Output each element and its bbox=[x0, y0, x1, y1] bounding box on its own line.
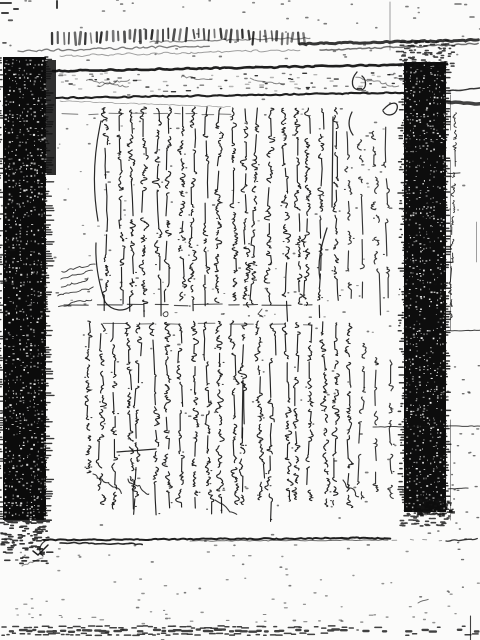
manuscript-scan bbox=[0, 0, 480, 640]
left-margin-note bbox=[58, 264, 95, 307]
text-block-lower bbox=[84, 321, 394, 522]
gutter-shadow-band bbox=[397, 41, 455, 526]
text-block-upper bbox=[94, 107, 390, 321]
scan-bottom-noise-band bbox=[2, 604, 478, 635]
frame-header-smudge bbox=[59, 73, 446, 93]
scan-left-border-band bbox=[0, 20, 56, 566]
scan-canvas bbox=[0, 0, 480, 640]
